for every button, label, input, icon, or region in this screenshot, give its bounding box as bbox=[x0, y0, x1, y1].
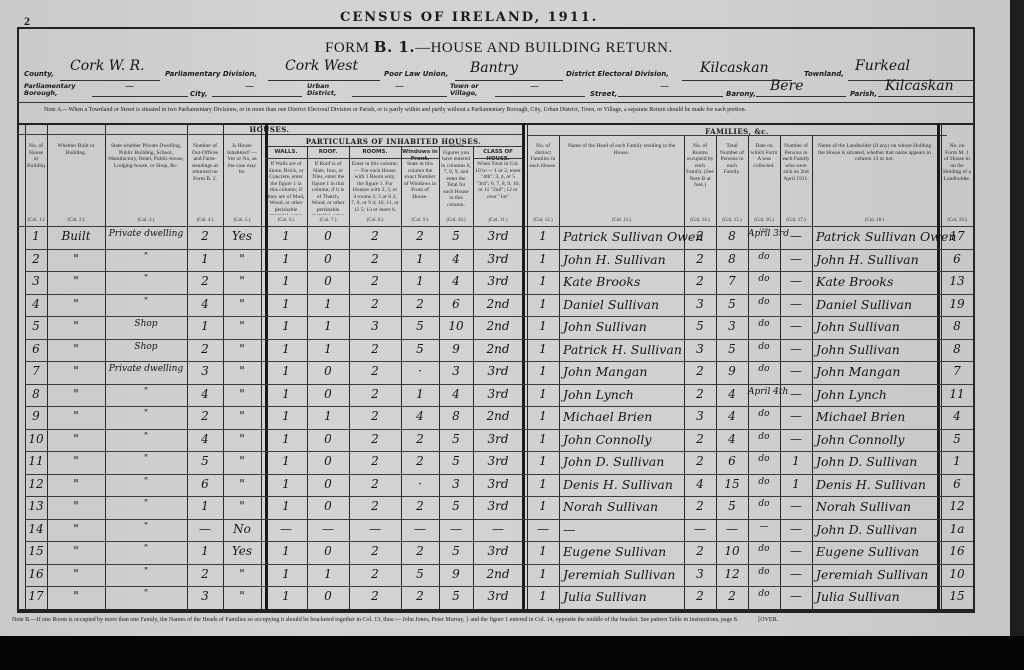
table-row: 16""2"112592nd1Jeremiah Sullivan312do—Je… bbox=[17, 564, 975, 587]
cell-class: 3rd bbox=[473, 499, 523, 513]
cell-state: Shop bbox=[105, 319, 187, 329]
cell-head: Michael Brien bbox=[559, 409, 684, 424]
cell-total: 4 bbox=[439, 274, 473, 288]
cell-no: 9 bbox=[25, 409, 47, 423]
barony-value: Bere bbox=[770, 78, 804, 94]
cell-rooms: — bbox=[349, 522, 401, 536]
cell-inhab: " bbox=[223, 454, 261, 468]
cell-sick: — bbox=[780, 432, 812, 446]
cell-class: 3rd bbox=[473, 364, 523, 378]
cell-landholder: Norah Sullivan bbox=[812, 499, 937, 514]
table-row: 11""5"102253rd1John D. Sullivan26do1John… bbox=[17, 451, 975, 474]
parliamentary-division-label: Parliamentary Division, bbox=[165, 70, 257, 78]
cell-sick: — bbox=[780, 499, 812, 513]
barony-label: Barony, bbox=[726, 90, 756, 98]
cell-head: John H. Sullivan bbox=[559, 252, 684, 267]
cell-state: " bbox=[105, 544, 187, 554]
cell-form_m: 10 bbox=[941, 567, 973, 581]
c2-header: Whether Built or Building. bbox=[49, 143, 103, 215]
cell-rooms: 2 bbox=[349, 252, 401, 266]
cell-roof: 0 bbox=[307, 432, 349, 446]
cell-sick: — bbox=[780, 409, 812, 423]
cell-class: 3rd bbox=[473, 274, 523, 288]
cell-sick: — bbox=[780, 387, 812, 401]
table-row: 8""4"102143rd1John Lynch24April 4th—John… bbox=[17, 384, 975, 407]
cell-walls: 1 bbox=[265, 477, 307, 491]
cell-windows: 5 bbox=[401, 342, 439, 356]
note-b: Note B.—If one Room is occupied by more … bbox=[12, 617, 778, 623]
c15-number: (Col. 15.) bbox=[716, 218, 748, 223]
cell-walls: 1 bbox=[265, 252, 307, 266]
cell-class: — bbox=[473, 522, 523, 536]
cell-windows: 2 bbox=[401, 499, 439, 513]
c11-header: When Total in Col. 10 is:— 1 or 2, enter… bbox=[475, 161, 521, 215]
cell-no: 17 bbox=[25, 589, 47, 603]
c3-number: (Col. 3.) bbox=[105, 218, 187, 223]
cell-head: John D. Sullivan bbox=[559, 454, 684, 469]
cell-persons: 12 bbox=[716, 567, 748, 581]
cell-windows: 5 bbox=[401, 319, 439, 333]
cell-roof: 1 bbox=[307, 297, 349, 311]
cell-total: 3 bbox=[439, 477, 473, 491]
cell-head: Daniel Sullivan bbox=[559, 297, 684, 312]
c9-header: State in this column the exact Number of… bbox=[403, 161, 437, 215]
town-village-label: Town or Village, bbox=[450, 83, 490, 97]
cell-total: 4 bbox=[439, 387, 473, 401]
cell-head: Norah Sullivan bbox=[559, 499, 684, 514]
ded-value: Kilcaskan bbox=[700, 60, 769, 76]
cell-fams: 1 bbox=[527, 499, 559, 513]
cell-windows: · bbox=[401, 364, 439, 378]
cell-sick: — bbox=[780, 252, 812, 266]
street-value: — bbox=[660, 82, 669, 92]
cell-outoff: 1 bbox=[187, 544, 223, 558]
cell-state: " bbox=[105, 567, 187, 577]
cell-no: 16 bbox=[25, 567, 47, 581]
c4-number: (Col. 4.) bbox=[187, 218, 223, 223]
cell-class: 3rd bbox=[473, 477, 523, 491]
cell-nrooms: 2 bbox=[684, 454, 716, 468]
cell-built: " bbox=[47, 499, 105, 513]
cell-fams: 1 bbox=[527, 319, 559, 333]
cell-landholder: John D. Sullivan bbox=[812, 454, 937, 469]
cell-windows: 4 bbox=[401, 409, 439, 423]
cell-rooms: 2 bbox=[349, 364, 401, 378]
table-row: 10""4"102253rd1John Connolly24do—John Co… bbox=[17, 429, 975, 452]
cell-built: " bbox=[47, 409, 105, 423]
cell-landholder: John Sullivan bbox=[812, 319, 937, 334]
cell-nrooms: 2 bbox=[684, 274, 716, 288]
cell-persons: 4 bbox=[716, 409, 748, 423]
scan-edge-bottom bbox=[0, 636, 1024, 670]
cell-sick: — bbox=[780, 364, 812, 378]
cell-walls: — bbox=[265, 522, 307, 536]
cell-state: " bbox=[105, 387, 187, 397]
cell-state: " bbox=[105, 589, 187, 599]
cell-nrooms: 3 bbox=[684, 409, 716, 423]
c7-header: If Roof is of Slate, Iron, or Tiles, ent… bbox=[309, 161, 347, 215]
cell-head: — bbox=[559, 522, 684, 537]
cell-persons: — bbox=[716, 522, 748, 536]
cell-inhab: " bbox=[223, 589, 261, 603]
cell-persons: 2 bbox=[716, 589, 748, 603]
cell-roof: 0 bbox=[307, 229, 349, 243]
parish-label: Parish, bbox=[850, 90, 877, 98]
cell-fams: 1 bbox=[527, 274, 559, 288]
cell-date: do bbox=[748, 319, 780, 329]
cell-roof: 0 bbox=[307, 454, 349, 468]
cell-total: 5 bbox=[439, 589, 473, 603]
cell-sick: — bbox=[780, 319, 812, 333]
cell-class: 3rd bbox=[473, 432, 523, 446]
cell-no: 14 bbox=[25, 522, 47, 536]
cell-inhab: " bbox=[223, 432, 261, 446]
cell-fams: 1 bbox=[527, 477, 559, 491]
cell-nrooms: 2 bbox=[684, 589, 716, 603]
cell-total: 4 bbox=[439, 252, 473, 266]
cell-windows: 2 bbox=[401, 297, 439, 311]
c6-header: If Walls are of Stone, Brick, or Concret… bbox=[267, 161, 305, 215]
poor-law-union-value: Bantry bbox=[470, 60, 518, 76]
cell-inhab: " bbox=[223, 499, 261, 513]
parliamentary-borough-label: Parliamentary Borough, bbox=[24, 83, 88, 97]
cell-date: do bbox=[748, 589, 780, 599]
cell-inhab: " bbox=[223, 297, 261, 311]
cell-fams: 1 bbox=[527, 567, 559, 581]
cell-landholder: Eugene Sullivan bbox=[812, 544, 937, 559]
cell-windows: 1 bbox=[401, 387, 439, 401]
parish-value: Kilcaskan bbox=[885, 78, 954, 94]
cell-nrooms: 2 bbox=[684, 499, 716, 513]
cell-rooms: 2 bbox=[349, 477, 401, 491]
cell-roof: 0 bbox=[307, 499, 349, 513]
table-row: 9""2"112482nd1Michael Brien34do—Michael … bbox=[17, 406, 975, 429]
cell-total: 5 bbox=[439, 454, 473, 468]
cell-walls: 1 bbox=[265, 567, 307, 581]
cell-landholder: John Lynch bbox=[812, 387, 937, 402]
table-row: 5"Shop1"1135102nd1John Sullivan53do—John… bbox=[17, 316, 975, 339]
cell-walls: 1 bbox=[265, 364, 307, 378]
c10-number: (Col. 10.) bbox=[439, 218, 473, 223]
cell-state: " bbox=[105, 522, 187, 532]
cell-landholder: Daniel Sullivan bbox=[812, 297, 937, 312]
cell-date: do bbox=[748, 274, 780, 284]
cell-total: — bbox=[439, 522, 473, 536]
census-title: CENSUS OF IRELAND, 1911. bbox=[340, 10, 598, 25]
cell-outoff: 1 bbox=[187, 499, 223, 513]
town-village-value: — bbox=[530, 82, 539, 92]
cell-inhab: " bbox=[223, 342, 261, 356]
county-value: Cork W. R. bbox=[70, 58, 145, 74]
cell-head: Julia Sullivan bbox=[559, 589, 684, 604]
cell-roof: 1 bbox=[307, 567, 349, 581]
cell-form_m: 16 bbox=[941, 544, 973, 558]
cell-rooms: 2 bbox=[349, 567, 401, 581]
c5-number: (Col. 5.) bbox=[223, 218, 261, 223]
cell-rooms: 2 bbox=[349, 274, 401, 288]
cell-state: " bbox=[105, 477, 187, 487]
cell-no: 3 bbox=[25, 274, 47, 288]
c18-number: (Col. 18.) bbox=[812, 218, 937, 223]
cell-rooms: 2 bbox=[349, 387, 401, 401]
note-b-text: Note B.—If one Room is occupied by more … bbox=[12, 617, 738, 623]
cell-inhab: " bbox=[223, 387, 261, 401]
cell-nrooms: 2 bbox=[684, 387, 716, 401]
cell-inhab: Yes bbox=[223, 229, 261, 243]
cell-roof: 1 bbox=[307, 342, 349, 356]
cell-outoff: 4 bbox=[187, 387, 223, 401]
cell-no: 11 bbox=[25, 454, 47, 468]
cell-inhab: " bbox=[223, 409, 261, 423]
cell-sick: — bbox=[780, 589, 812, 603]
cell-rooms: 2 bbox=[349, 229, 401, 243]
cell-sick: — bbox=[780, 229, 812, 243]
cell-total: 5 bbox=[439, 544, 473, 558]
table-row: 13""1"102253rd1Norah Sullivan25do—Norah … bbox=[17, 496, 975, 519]
cell-built: " bbox=[47, 364, 105, 378]
cell-inhab: " bbox=[223, 319, 261, 333]
c16-number: (Col. 16.) bbox=[748, 218, 780, 223]
form-title: FORM B. 1.—HOUSE AND BUILDING RETURN. bbox=[325, 38, 673, 57]
cell-no: 8 bbox=[25, 387, 47, 401]
cell-rooms: 2 bbox=[349, 544, 401, 558]
cell-head: Denis H. Sullivan bbox=[559, 477, 684, 492]
cell-state: " bbox=[105, 432, 187, 442]
cell-built: " bbox=[47, 274, 105, 288]
cell-landholder: Kate Brooks bbox=[812, 274, 937, 289]
over-label: [OVER. bbox=[758, 617, 778, 623]
cell-outoff: 1 bbox=[187, 252, 223, 266]
cell-date: do bbox=[748, 364, 780, 374]
cell-built: " bbox=[47, 319, 105, 333]
cell-walls: 1 bbox=[265, 274, 307, 288]
cell-date: April 3rd bbox=[748, 229, 780, 239]
cell-built: " bbox=[47, 544, 105, 558]
cell-built: " bbox=[47, 387, 105, 401]
cell-class: 3rd bbox=[473, 229, 523, 243]
table-row: 7"Private dwelling3"102·33rd1John Mangan… bbox=[17, 361, 975, 384]
cell-walls: 1 bbox=[265, 409, 307, 423]
cell-date: do bbox=[748, 567, 780, 577]
cell-landholder: Patrick Sullivan Owen bbox=[812, 229, 937, 244]
cell-inhab: No bbox=[223, 522, 261, 536]
cell-roof: 0 bbox=[307, 274, 349, 288]
c10-header: Tot the Figures you have entered in colu… bbox=[441, 143, 471, 215]
cell-walls: 1 bbox=[265, 319, 307, 333]
cell-walls: 1 bbox=[265, 229, 307, 243]
cell-walls: 1 bbox=[265, 589, 307, 603]
c8-subheader: ROOMS. bbox=[349, 149, 401, 156]
cell-date: do bbox=[748, 252, 780, 262]
cell-outoff: 2 bbox=[187, 567, 223, 581]
c12-header: No. of distinct Families in each House. bbox=[529, 143, 557, 215]
table-row: 6"Shop2"112592nd1Patrick H. Sullivan35do… bbox=[17, 339, 975, 362]
cell-head: Jeremiah Sullivan bbox=[559, 567, 684, 582]
cell-nrooms: 2 bbox=[684, 544, 716, 558]
cell-class: 2nd bbox=[473, 567, 523, 581]
cell-walls: 1 bbox=[265, 297, 307, 311]
c1-header: No. of House or Building. bbox=[27, 143, 45, 215]
cell-state: Private dwelling bbox=[105, 364, 187, 374]
cell-nrooms: 4 bbox=[684, 477, 716, 491]
cell-fams: 1 bbox=[527, 342, 559, 356]
cell-inhab: " bbox=[223, 477, 261, 491]
city-value: — bbox=[245, 82, 254, 92]
cell-built: " bbox=[47, 477, 105, 491]
c5-header: Is House Inhabited? — Yes or No, as the … bbox=[225, 143, 259, 215]
cell-persons: 8 bbox=[716, 252, 748, 266]
cell-outoff: 2 bbox=[187, 409, 223, 423]
cell-roof: — bbox=[307, 522, 349, 536]
cell-state: " bbox=[105, 252, 187, 262]
c15-header: Total Number of Persons in each Family. bbox=[718, 143, 746, 215]
cell-form_m: 12 bbox=[941, 499, 973, 513]
table-row: 17""3"102253rd1Julia Sullivan22do—Julia … bbox=[17, 586, 975, 609]
cell-built: " bbox=[47, 567, 105, 581]
cell-roof: 1 bbox=[307, 409, 349, 423]
cell-form_m: 1 bbox=[941, 454, 973, 468]
cell-persons: 4 bbox=[716, 432, 748, 446]
cell-date: do bbox=[748, 432, 780, 442]
cell-rooms: 2 bbox=[349, 589, 401, 603]
cell-form_m: 15 bbox=[941, 589, 973, 603]
cell-nrooms: 3 bbox=[684, 567, 716, 581]
cell-fams: 1 bbox=[527, 432, 559, 446]
cell-sick: 1 bbox=[780, 454, 812, 468]
census-table: HOUSES. PARTICULARS OF INHABITED HOUSES.… bbox=[17, 123, 975, 613]
cell-form_m: 7 bbox=[941, 364, 973, 378]
c19-header: No. on Form M. 1 of House in on the Hold… bbox=[943, 143, 971, 215]
cell-persons: 7 bbox=[716, 274, 748, 288]
c13-header: Name of the Head of each Family residing… bbox=[561, 143, 682, 215]
cell-head: John Lynch bbox=[559, 387, 684, 402]
cell-walls: 1 bbox=[265, 342, 307, 356]
cell-roof: 1 bbox=[307, 319, 349, 333]
parliamentary-division-value: Cork West bbox=[285, 58, 358, 74]
cell-rooms: 2 bbox=[349, 409, 401, 423]
cell-date: do bbox=[748, 342, 780, 352]
cell-head: John Connolly bbox=[559, 432, 684, 447]
cell-no: 5 bbox=[25, 319, 47, 333]
cell-rooms: 2 bbox=[349, 454, 401, 468]
cell-no: 4 bbox=[25, 297, 47, 311]
cell-built: " bbox=[47, 252, 105, 266]
cell-form_m: 17 bbox=[941, 229, 973, 243]
cell-built: Built bbox=[47, 229, 105, 243]
cell-rooms: 2 bbox=[349, 342, 401, 356]
c14-number: (Col. 14.) bbox=[684, 218, 716, 223]
cell-sick: — bbox=[780, 567, 812, 581]
table-row: 2""1"102143rd1John H. Sullivan28do—John … bbox=[17, 249, 975, 272]
c12-number: (Col. 12.) bbox=[527, 218, 559, 223]
cell-class: 3rd bbox=[473, 544, 523, 558]
cell-class: 3rd bbox=[473, 454, 523, 468]
cell-persons: 15 bbox=[716, 477, 748, 491]
cell-form_m: 6 bbox=[941, 252, 973, 266]
cell-roof: 0 bbox=[307, 387, 349, 401]
cell-fams: 1 bbox=[527, 409, 559, 423]
cell-windows: 2 bbox=[401, 454, 439, 468]
cell-state: Private dwelling bbox=[105, 229, 187, 239]
cell-state: " bbox=[105, 454, 187, 464]
parliamentary-borough-value: — bbox=[125, 82, 134, 92]
cell-form_m: 4 bbox=[941, 409, 973, 423]
cell-fams: 1 bbox=[527, 364, 559, 378]
cell-windows: · bbox=[401, 477, 439, 491]
cell-roof: 0 bbox=[307, 364, 349, 378]
c6-number: (Col. 6.) bbox=[265, 218, 307, 223]
cell-outoff: — bbox=[187, 522, 223, 536]
cell-fams: 1 bbox=[527, 229, 559, 243]
cell-head: John Sullivan bbox=[559, 319, 684, 334]
cell-date: April 4th bbox=[748, 387, 780, 397]
cell-built: " bbox=[47, 454, 105, 468]
cell-persons: 4 bbox=[716, 387, 748, 401]
cell-outoff: 1 bbox=[187, 319, 223, 333]
c19-number: (Col. 19.) bbox=[941, 218, 973, 223]
cell-total: 5 bbox=[439, 229, 473, 243]
cell-inhab: " bbox=[223, 252, 261, 266]
cell-built: " bbox=[47, 342, 105, 356]
cell-head: John Mangan bbox=[559, 364, 684, 379]
cell-sick: — bbox=[780, 297, 812, 311]
cell-head: Eugene Sullivan bbox=[559, 544, 684, 559]
cell-walls: 1 bbox=[265, 432, 307, 446]
c7-subheader: ROOF. bbox=[307, 149, 349, 156]
cell-landholder: Jeremiah Sullivan bbox=[812, 567, 937, 582]
table-row: 12""6"102·33rd1Denis H. Sullivan415do1De… bbox=[17, 474, 975, 497]
cell-form_m: 5 bbox=[941, 432, 973, 446]
c16-header: Date on which Form A was collected. bbox=[750, 143, 778, 215]
cell-sick: — bbox=[780, 274, 812, 288]
form-title-prefix: FORM bbox=[325, 40, 370, 56]
street-label: Street, bbox=[590, 90, 617, 98]
cell-landholder: John H. Sullivan bbox=[812, 252, 937, 267]
poor-law-union-label: Poor Law Union, bbox=[384, 70, 448, 78]
cell-no: 1 bbox=[25, 229, 47, 243]
city-label: City, bbox=[190, 90, 208, 98]
cell-rooms: 2 bbox=[349, 432, 401, 446]
cell-form_m: 19 bbox=[941, 297, 973, 311]
cell-head: Kate Brooks bbox=[559, 274, 684, 289]
cell-no: 15 bbox=[25, 544, 47, 558]
c6-subheader: WALLS. bbox=[265, 149, 307, 156]
cell-built: " bbox=[47, 522, 105, 536]
cell-persons: 8 bbox=[716, 229, 748, 243]
ded-label: District Electoral Division, bbox=[566, 70, 669, 78]
cell-nrooms: 2 bbox=[684, 364, 716, 378]
cell-inhab: Yes bbox=[223, 544, 261, 558]
cell-built: " bbox=[47, 297, 105, 311]
cell-outoff: 2 bbox=[187, 342, 223, 356]
cell-persons: 3 bbox=[716, 319, 748, 333]
cell-date: do bbox=[748, 544, 780, 554]
cell-state: " bbox=[105, 499, 187, 509]
cell-state: " bbox=[105, 274, 187, 284]
cell-persons: 5 bbox=[716, 499, 748, 513]
county-label: County, bbox=[24, 70, 54, 78]
cell-outoff: 2 bbox=[187, 229, 223, 243]
cell-walls: 1 bbox=[265, 544, 307, 558]
cell-sick: 1 bbox=[780, 477, 812, 491]
note-a: Note A.—When a Townland or Street is sit… bbox=[44, 107, 746, 113]
cell-windows: 2 bbox=[401, 432, 439, 446]
cell-total: 5 bbox=[439, 499, 473, 513]
cell-nrooms: 2 bbox=[684, 252, 716, 266]
cell-roof: 0 bbox=[307, 252, 349, 266]
c7-number: (Col. 7.) bbox=[307, 218, 349, 223]
cell-windows: — bbox=[401, 522, 439, 536]
